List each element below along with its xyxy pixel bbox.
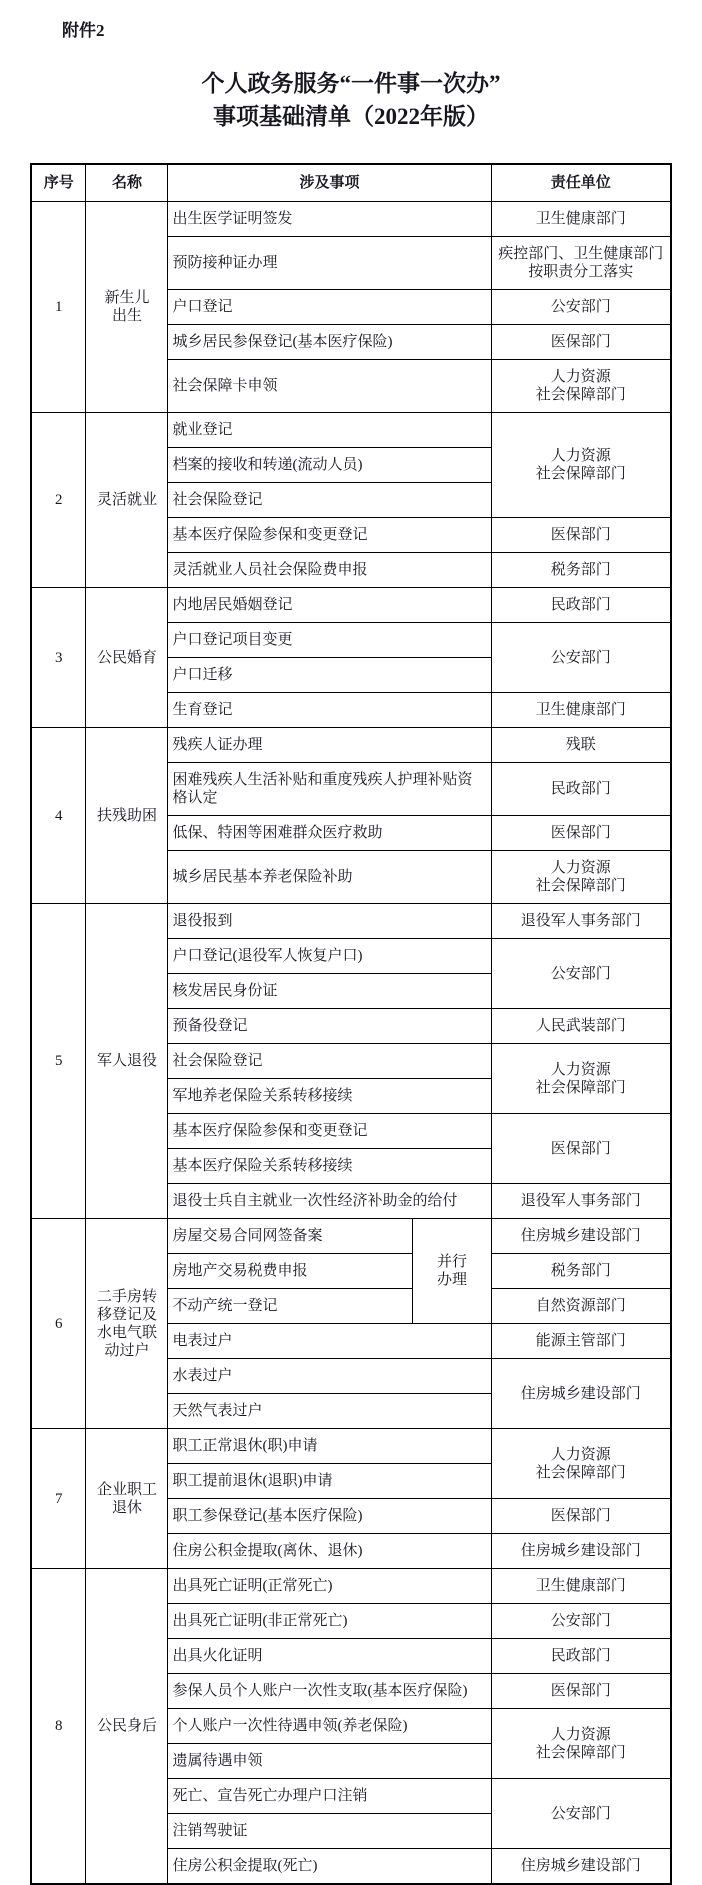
dept-cell: 公安部门	[491, 1604, 671, 1639]
dept-cell: 能源主管部门	[491, 1324, 671, 1359]
page-title-line2: 事项基础清单（2022年版）	[0, 100, 702, 133]
item-cell: 住房公积金提取(死亡)	[168, 1849, 491, 1885]
item-cell: 出生医学证明签发	[168, 202, 491, 237]
dept-cell: 人民武装部门	[491, 1009, 671, 1044]
page-title: 个人政务服务“一件事一次办” 事项基础清单（2022年版）	[0, 67, 702, 133]
item-cell: 天然气表过户	[168, 1394, 491, 1429]
item-cell: 基本医疗保险参保和变更登记	[168, 518, 491, 553]
item-cell: 档案的接收和转递(流动人员)	[168, 448, 491, 483]
section-no: 3	[31, 588, 86, 728]
dept-cell: 医保部门	[491, 518, 671, 553]
item-cell: 职工参保登记(基本医疗保险)	[168, 1499, 491, 1534]
section-name: 新生儿 出生	[86, 202, 168, 413]
section-name: 企业职工 退休	[86, 1429, 168, 1569]
page-title-line1: 个人政务服务“一件事一次办”	[0, 67, 702, 100]
dept-cell: 退役军人事务部门	[491, 1184, 671, 1219]
item-cell: 核发居民身份证	[168, 974, 491, 1009]
item-cell: 退役士兵自主就业一次性经济补助金的给付	[168, 1184, 491, 1219]
item-cell: 电表过户	[168, 1324, 491, 1359]
item-cell: 预备役登记	[168, 1009, 491, 1044]
dept-cell: 民政部门	[491, 1639, 671, 1674]
item-cell: 低保、特困等困难群众医疗救助	[168, 816, 491, 851]
section-no: 5	[31, 904, 86, 1219]
dept-cell: 人力资源 社会保障部门	[491, 1709, 671, 1779]
dept-cell: 住房城乡建设部门	[491, 1534, 671, 1569]
table-row: 5军人退役退役报到退役军人事务部门	[31, 904, 671, 939]
section-name: 二手房转 移登记及 水电气联 动过户	[86, 1219, 168, 1429]
table-row: 8公民身后出具死亡证明(正常死亡)卫生健康部门	[31, 1569, 671, 1604]
item-cell: 户口登记	[168, 290, 491, 325]
item-cell: 房地产交易税费申报	[168, 1254, 413, 1289]
dept-cell: 卫生健康部门	[491, 1569, 671, 1604]
item-cell: 注销驾驶证	[168, 1814, 491, 1849]
dept-cell: 公安部门	[491, 1779, 671, 1849]
dept-cell: 卫生健康部门	[491, 693, 671, 728]
item-cell: 个人账户一次性待遇申领(养老保险)	[168, 1709, 491, 1744]
item-cell: 预防接种证办理	[168, 237, 491, 290]
dept-cell: 医保部门	[491, 325, 671, 360]
table-row: 4扶残助困残疾人证办理残联	[31, 728, 671, 763]
table-body: 1新生儿 出生出生医学证明签发卫生健康部门预防接种证办理疾控部门、卫生健康部门 …	[31, 202, 671, 1885]
item-cell: 灵活就业人员社会保险费申报	[168, 553, 491, 588]
header-name: 名称	[86, 164, 168, 202]
item-cell: 遗属待遇申领	[168, 1744, 491, 1779]
header-department: 责任单位	[491, 164, 671, 202]
item-cell: 城乡居民参保登记(基本医疗保险)	[168, 325, 491, 360]
item-cell: 社会保险登记	[168, 483, 491, 518]
item-cell: 军地养老保险关系转移接续	[168, 1079, 491, 1114]
item-cell: 基本医疗保险参保和变更登记	[168, 1114, 491, 1149]
item-cell: 就业登记	[168, 413, 491, 448]
item-cell: 参保人员个人账户一次性支取(基本医疗保险)	[168, 1674, 491, 1709]
attachment-label: 附件2	[0, 0, 702, 41]
dept-cell: 人力资源 社会保障部门	[491, 360, 671, 413]
section-no: 8	[31, 1569, 86, 1885]
dept-cell: 人力资源 社会保障部门	[491, 1429, 671, 1499]
item-cell: 职工正常退休(职)申请	[168, 1429, 491, 1464]
item-cell: 出具火化证明	[168, 1639, 491, 1674]
item-cell: 基本医疗保险关系转移接续	[168, 1149, 491, 1184]
table-row: 7企业职工 退休职工正常退休(职)申请人力资源 社会保障部门	[31, 1429, 671, 1464]
dept-cell: 住房城乡建设部门	[491, 1219, 671, 1254]
item-cell: 水表过户	[168, 1359, 491, 1394]
item-cell: 残疾人证办理	[168, 728, 491, 763]
item-cell: 户口登记(退役军人恢复户口)	[168, 939, 491, 974]
dept-cell: 公安部门	[491, 623, 671, 693]
dept-cell: 人力资源 社会保障部门	[491, 1044, 671, 1114]
dept-cell: 卫生健康部门	[491, 202, 671, 237]
dept-cell: 公安部门	[491, 939, 671, 1009]
dept-cell: 住房城乡建设部门	[491, 1849, 671, 1885]
table-row: 1新生儿 出生出生医学证明签发卫生健康部门	[31, 202, 671, 237]
item-cell: 死亡、宣告死亡办理户口注销	[168, 1779, 491, 1814]
item-cell: 困难残疾人生活补贴和重度残疾人护理补贴资格认定	[168, 763, 491, 816]
dept-cell: 医保部门	[491, 1674, 671, 1709]
section-no: 6	[31, 1219, 86, 1429]
item-cell: 退役报到	[168, 904, 491, 939]
dept-cell: 自然资源部门	[491, 1289, 671, 1324]
item-cell: 社会保险登记	[168, 1044, 491, 1079]
section-no: 4	[31, 728, 86, 904]
section-name: 军人退役	[86, 904, 168, 1219]
dept-cell: 税务部门	[491, 1254, 671, 1289]
item-cell: 内地居民婚姻登记	[168, 588, 491, 623]
header-seq: 序号	[31, 164, 86, 202]
table-header-row: 序号 名称 涉及事项 责任单位	[31, 164, 671, 202]
item-cell: 住房公积金提取(离休、退休)	[168, 1534, 491, 1569]
header-matters: 涉及事项	[168, 164, 491, 202]
dept-cell: 退役军人事务部门	[491, 904, 671, 939]
dept-cell: 公安部门	[491, 290, 671, 325]
section-name: 公民婚育	[86, 588, 168, 728]
item-cell: 不动产统一登记	[168, 1289, 413, 1324]
section-name: 扶残助困	[86, 728, 168, 904]
items-table: 序号 名称 涉及事项 责任单位 1新生儿 出生出生医学证明签发卫生健康部门预防接…	[30, 163, 672, 1885]
item-cell: 职工提前退休(退职)申请	[168, 1464, 491, 1499]
dept-cell: 民政部门	[491, 588, 671, 623]
item-cell: 社会保障卡申领	[168, 360, 491, 413]
section-name: 灵活就业	[86, 413, 168, 588]
table-row: 2灵活就业就业登记人力资源 社会保障部门	[31, 413, 671, 448]
dept-cell: 住房城乡建设部门	[491, 1359, 671, 1429]
dept-cell: 人力资源 社会保障部门	[491, 851, 671, 904]
dept-cell: 疾控部门、卫生健康部门 按职责分工落实	[491, 237, 671, 290]
table-row: 3公民婚育内地居民婚姻登记民政部门	[31, 588, 671, 623]
section-no: 2	[31, 413, 86, 588]
dept-cell: 民政部门	[491, 763, 671, 816]
item-cell: 房屋交易合同网签备案	[168, 1219, 413, 1254]
dept-cell: 残联	[491, 728, 671, 763]
section-name: 公民身后	[86, 1569, 168, 1885]
dept-cell: 医保部门	[491, 1114, 671, 1184]
item-cell: 出具死亡证明(正常死亡)	[168, 1569, 491, 1604]
dept-cell: 医保部门	[491, 816, 671, 851]
dept-cell: 人力资源 社会保障部门	[491, 413, 671, 518]
section-no: 1	[31, 202, 86, 413]
section-no: 7	[31, 1429, 86, 1569]
table-row: 6二手房转 移登记及 水电气联 动过户房屋交易合同网签备案并行 办理住房城乡建设…	[31, 1219, 671, 1254]
parallel-handling-cell: 并行 办理	[413, 1219, 491, 1324]
dept-cell: 税务部门	[491, 553, 671, 588]
item-cell: 户口迁移	[168, 658, 491, 693]
dept-cell: 医保部门	[491, 1499, 671, 1534]
item-cell: 城乡居民基本养老保险补助	[168, 851, 491, 904]
item-cell: 生育登记	[168, 693, 491, 728]
item-cell: 户口登记项目变更	[168, 623, 491, 658]
item-cell: 出具死亡证明(非正常死亡)	[168, 1604, 491, 1639]
